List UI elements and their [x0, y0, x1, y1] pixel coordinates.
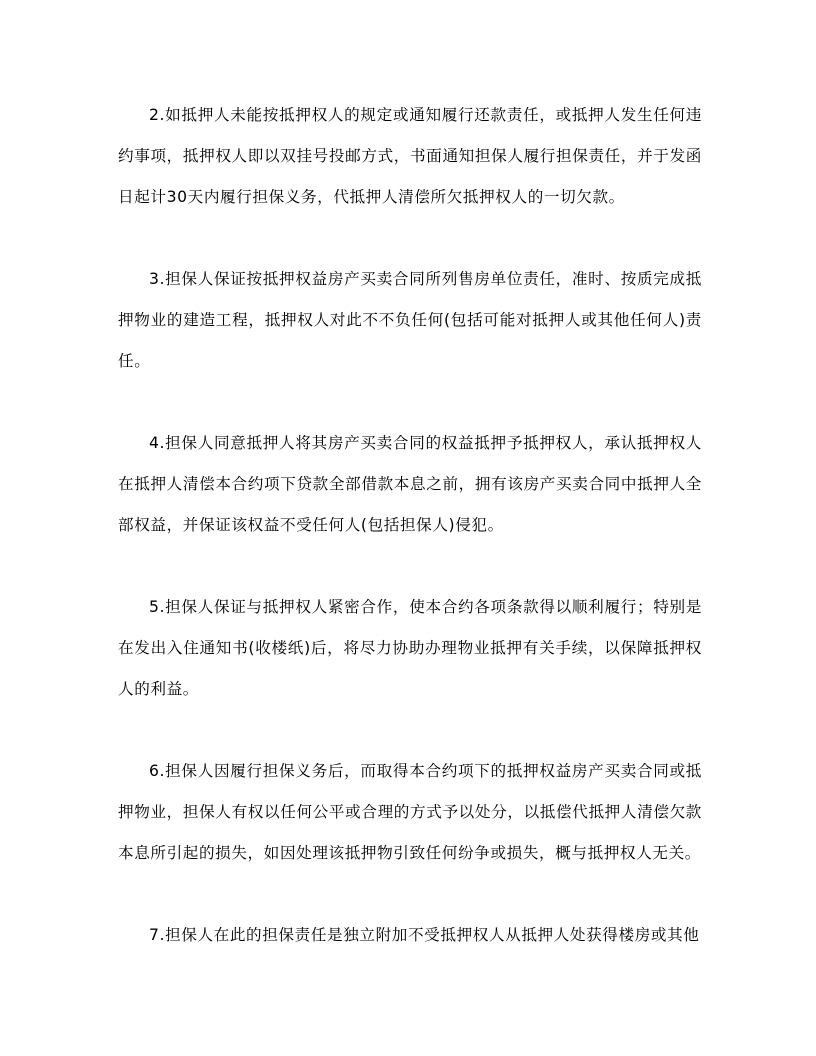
clause-5: 5.担保人保证与抵押权人紧密合作，使本合约各项条款得以顺利履行；特别是在发出入住…	[118, 587, 702, 710]
clause-3: 3.担保人保证按抵押权益房产买卖合同所列售房单位责任，准时、按质完成抵押物业的建…	[118, 259, 702, 382]
clause-6: 6.担保人因履行担保义务后，而取得本合约项下的抵押权益房产买卖合同或抵押物业，担…	[118, 751, 702, 874]
clause-4: 4.担保人同意抵押人将其房产买卖合同的权益抵押予抵押权人，承认抵押权人在抵押人清…	[118, 423, 702, 546]
document-page: 2.如抵押人未能按抵押权人的规定或通知履行还款责任，或抵押人发生任何违约事项，抵…	[118, 95, 702, 997]
clause-2: 2.如抵押人未能按抵押权人的规定或通知履行还款责任，或抵押人发生任何违约事项，抵…	[118, 95, 702, 218]
clause-7: 7.担保人在此的担保责任是独立附加不受抵押权人从抵押人处获得楼房或其他	[118, 915, 702, 956]
